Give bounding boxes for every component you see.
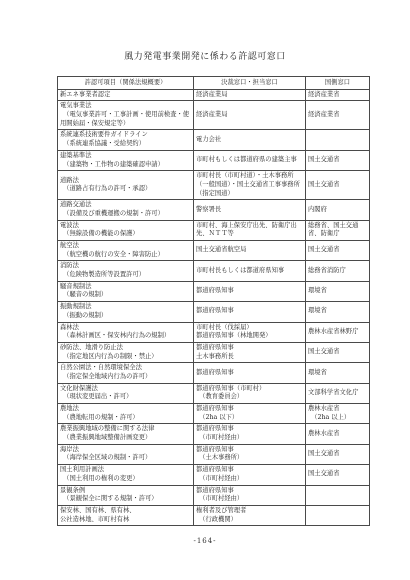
cell-permit-item: 振動規制法 （振動の規制） <box>58 302 194 322</box>
cell-permit-item: 自然公園法・自然環境保全法 （指定保全地域内行為の許可） <box>58 363 194 383</box>
cell-national-office <box>306 505 370 525</box>
cell-national-office: 経済産業省 <box>306 101 370 130</box>
cell-national-office: 総務省、国土交通省、防衛庁 <box>306 220 370 240</box>
table-row: 電波法 （無線設備の機能の保護） 市町村、海上保安庁出先、防衛庁出先、ＮＴＴ等 … <box>58 220 370 240</box>
cell-approval-office: 経済産業局 <box>194 89 306 101</box>
permits-table: 許認可項目（関係法規概要） 決裁窓口・担当窓口 国側窓口 新エネ事業者認定 経済… <box>57 76 370 526</box>
table-row: 系統連系技術要件ガイドライン （系統連系協議・受給契約） 電力会社 <box>58 130 370 150</box>
cell-approval-office: 経済産業局 <box>194 101 306 130</box>
cell-approval-office: 都道府県知事 <box>194 363 306 383</box>
table-row: 振動規制法 （振動の規制） 都道府県知事 環境省 <box>58 302 370 322</box>
cell-approval-office: 電力会社 <box>194 130 306 150</box>
table-row: 道路法 （道路占有行為の許可・承認） 市町村長（市町村道）・土木事務所（一般国道… <box>58 171 370 200</box>
cell-approval-office: 市町村、海上保安庁出先、防衛庁出先、ＮＴＴ等 <box>194 220 306 240</box>
cell-national-office: 国土交通省 <box>306 342 370 362</box>
cell-permit-item: 農地法 （農地転用の規制・許可） <box>58 404 194 424</box>
table-header-row: 許認可項目（関係法規概要） 決裁窓口・担当窓口 国側窓口 <box>58 77 370 90</box>
cell-permit-item: 森林法 （森林計画区・保安林内行為の規制） <box>58 322 194 342</box>
cell-permit-item: 道路交通法 （設備及び重機運搬の規制・許可） <box>58 200 194 220</box>
table-row: 電気事業法 （電気事業許可・工事計画・使用前検査・使用開始届・保安規定等） 経済… <box>58 101 370 130</box>
document-page: 風力発電事業開発に係わる許認可窓口 許認可項目（関係法規概要） 決裁窓口・担当窓… <box>0 0 410 580</box>
cell-permit-item: 文化財保護法 （現状変更届出・許可） <box>58 383 194 403</box>
col-header-approval-office: 決裁窓口・担当窓口 <box>194 77 306 90</box>
cell-permit-item: 電気事業法 （電気事業許可・工事計画・使用前検査・使用開始届・保安規定等） <box>58 101 194 130</box>
cell-national-office: 環境省 <box>306 281 370 301</box>
cell-approval-office: 都道府県知事 （市町村経由） <box>194 465 306 485</box>
table-row: 国土利用計画法 （国土利用の権利の変更） 都道府県知事 （市町村経由） 国土交通… <box>58 465 370 485</box>
cell-national-office <box>306 130 370 150</box>
table-row: 農地法 （農地転用の規制・許可） 都道府県知事 （2ha 以下） 農林水産省 （… <box>58 404 370 424</box>
table-row: 騒音規制法 （騒音の規制） 都道府県知事 環境省 <box>58 281 370 301</box>
cell-national-office: 農林水産省 （2ha 以上） <box>306 404 370 424</box>
cell-national-office: 農林水産省林野庁 <box>306 322 370 342</box>
cell-national-office <box>306 485 370 505</box>
cell-permit-item: 消防法 （危険物製造所等設置許可） <box>58 261 194 281</box>
cell-permit-item: 農業振興地域の整備に関する法律 （農業振興地域整備計画変更） <box>58 424 194 444</box>
cell-national-office: 環境省 <box>306 363 370 383</box>
cell-approval-office: 市町村もしくは都道府県の建築主事 <box>194 150 306 170</box>
table-row: 農業振興地域の整備に関する法律 （農業振興地域整備計画変更） 都道府県知事 （市… <box>58 424 370 444</box>
cell-permit-item: 建築基準法 （建築物・工作物の建築確認申請） <box>58 150 194 170</box>
cell-approval-office: 都道府県知事 <box>194 302 306 322</box>
cell-national-office: 国土交通省 <box>306 150 370 170</box>
cell-approval-office: 都道府県知事 <box>194 281 306 301</box>
cell-permit-item: 電波法 （無線設備の機能の保護） <box>58 220 194 240</box>
cell-permit-item: 新エネ事業者認定 <box>58 89 194 101</box>
cell-permit-item: 砂防法、地滑り防止法 （指定地区内行為の制限・禁止） <box>58 342 194 362</box>
cell-national-office: 国土交通省 <box>306 241 370 261</box>
cell-approval-office: 国土交通省航空局 <box>194 241 306 261</box>
cell-approval-office: 都道府県知事 （市町村経由） <box>194 424 306 444</box>
cell-permit-item: 道路法 （道路占有行為の許可・承認） <box>58 171 194 200</box>
cell-approval-office: 都道府県知事 （土木事務所） <box>194 444 306 464</box>
cell-approval-office: 警察署長 <box>194 200 306 220</box>
table-row: 消防法 （危険物製造所等設置許可） 市町村長もしくは都道府県知事 総務省消防庁 <box>58 261 370 281</box>
cell-approval-office: 都道府県知事（市町村） （教育委員会） <box>194 383 306 403</box>
cell-national-office: 経済産業省 <box>306 89 370 101</box>
cell-national-office: 環境省 <box>306 302 370 322</box>
cell-national-office: 総務省消防庁 <box>306 261 370 281</box>
table-body: 新エネ事業者認定 経済産業局 経済産業省 電気事業法 （電気事業許可・工事計画・… <box>58 89 370 526</box>
table-row: 森林法 （森林計画区・保安林内行為の規制） 市町村長（伐採届） 都道府県知事（林… <box>58 322 370 342</box>
cell-national-office: 内閣府 <box>306 200 370 220</box>
cell-approval-office: 都道府県知事 （市町村経由） <box>194 485 306 505</box>
table-row: 文化財保護法 （現状変更届出・許可） 都道府県知事（市町村） （教育委員会） 文… <box>58 383 370 403</box>
page-title: 風力発電事業開発に係わる許認可窓口 <box>0 49 410 62</box>
col-header-national-office: 国側窓口 <box>306 77 370 90</box>
table-row: 保安林、国有林、県有林、 公社造林地、市町村有林 権利者及び管理者 （行政機関） <box>58 505 370 525</box>
cell-permit-item: 保安林、国有林、県有林、 公社造林地、市町村有林 <box>58 505 194 525</box>
cell-national-office: 文部科学省文化庁 <box>306 383 370 403</box>
table-row: 景観条例 （景観保全に関する規制・許可） 都道府県知事 （市町村経由） <box>58 485 370 505</box>
cell-approval-office: 都道府県知事 （2ha 以下） <box>194 404 306 424</box>
cell-national-office: 国土交通省 <box>306 171 370 200</box>
cell-permit-item: 景観条例 （景観保全に関する規制・許可） <box>58 485 194 505</box>
table-row: 海岸法 （海岸保全区域の規制・許可） 都道府県知事 （土木事務所） 国土交通省 <box>58 444 370 464</box>
cell-national-office: 農林水産省 <box>306 424 370 444</box>
cell-approval-office: 市町村長（市町村道）・土木事務所（一般国道）・国土交通省工事事務所（指定国道） <box>194 171 306 200</box>
table-row: 建築基準法 （建築物・工作物の建築確認申請） 市町村もしくは都道府県の建築主事 … <box>58 150 370 170</box>
cell-permit-item: 海岸法 （海岸保全区域の規制・許可） <box>58 444 194 464</box>
table-row: 道路交通法 （設備及び重機運搬の規制・許可） 警察署長 内閣府 <box>58 200 370 220</box>
table-row: 航空法 （航空機の航行の安全・障害防止） 国土交通省航空局 国土交通省 <box>58 241 370 261</box>
cell-permit-item: 系統連系技術要件ガイドライン （系統連系協議・受給契約） <box>58 130 194 150</box>
cell-permit-item: 騒音規制法 （騒音の規制） <box>58 281 194 301</box>
table-row: 自然公園法・自然環境保全法 （指定保全地域内行為の許可） 都道府県知事 環境省 <box>58 363 370 383</box>
cell-approval-office: 市町村長もしくは都道府県知事 <box>194 261 306 281</box>
col-header-permit-item: 許認可項目（関係法規概要） <box>58 77 194 90</box>
table-row: 砂防法、地滑り防止法 （指定地区内行為の制限・禁止） 都道府県知事 土木事務所長… <box>58 342 370 362</box>
cell-national-office: 国土交通省 <box>306 465 370 485</box>
cell-national-office: 国土交通省 <box>306 444 370 464</box>
cell-permit-item: 航空法 （航空機の航行の安全・障害防止） <box>58 241 194 261</box>
cell-permit-item: 国土利用計画法 （国土利用の権利の変更） <box>58 465 194 485</box>
cell-approval-office: 都道府県知事 土木事務所長 <box>194 342 306 362</box>
cell-approval-office: 市町村長（伐採届） 都道府県知事（林地開発） <box>194 322 306 342</box>
cell-approval-office: 権利者及び管理者 （行政機関） <box>194 505 306 525</box>
page-number: -164- <box>0 537 410 545</box>
table-row: 新エネ事業者認定 経済産業局 経済産業省 <box>58 89 370 101</box>
